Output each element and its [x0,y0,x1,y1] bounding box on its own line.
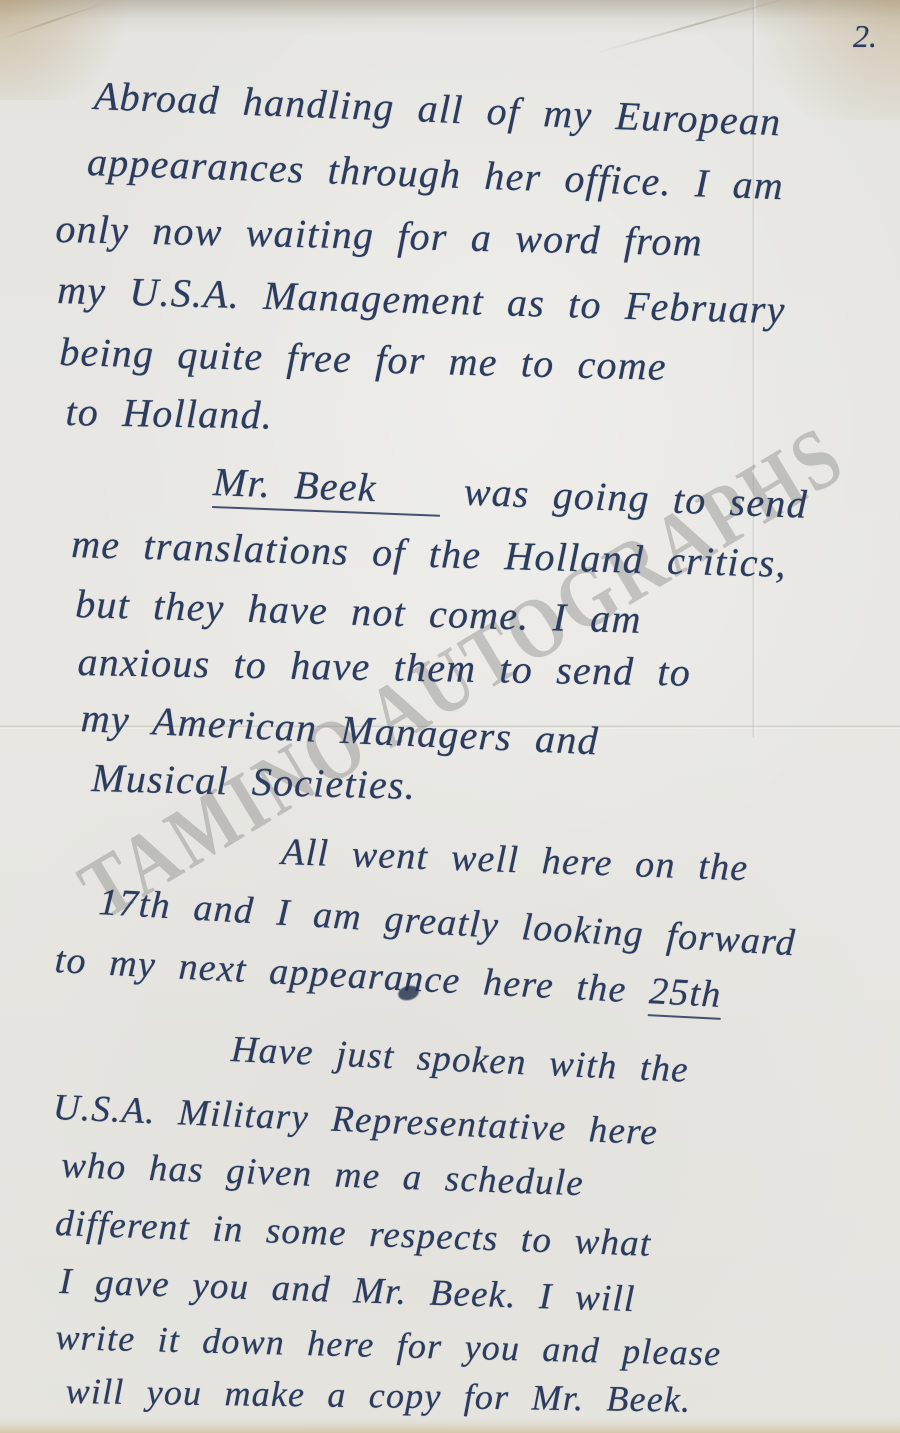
handwritten-line: write it down here for you and please [55,1316,722,1374]
line-text: only now waiting for a word from [55,206,703,265]
line-text: Abroad handling all of my European [93,73,782,144]
line-text: who has given me a schedule [61,1145,585,1204]
handwritten-line: I gave you and Mr. Beek. I will [59,1260,636,1321]
line-text: write it down here for you and please [55,1317,722,1373]
line-text: anxious to have them to send to [77,639,691,695]
handwritten-line: being quite free for me to come [59,328,668,390]
handwritten-line: who has given me a schedule [60,1144,584,1205]
letter-page: TAMINO AUTOGRAPHS 2. Abroad handling all… [0,0,900,1433]
line-text: appearances through her office. I am [86,139,784,208]
handwritten-line: Musical Societies. [91,754,417,809]
line-text: I gave you and Mr. Beek. I will [59,1261,636,1320]
underlined-text: Mr. Beek [212,459,441,517]
handwritten-line: my American Managers and [80,694,600,764]
line-text: U.S.A. Military Representative here [52,1087,659,1153]
handwritten-line: Abroad handling all of my European [93,72,782,145]
handwritten-line: All went well here on the [280,830,749,890]
line-text: All went well here on the [280,831,749,889]
handwritten-line: but they have not come. I am [75,580,643,643]
handwritten-line: only now waiting for a word from [55,205,703,266]
line-text: will you make a copy for Mr. Beek. [65,1371,691,1420]
line-text: Musical Societies. [91,755,417,808]
handwritten-line: appearances through her office. I am [86,138,784,209]
line-text: my American Managers and [80,695,600,763]
handwritten-line: anxious to have them to send to [77,638,691,696]
handwritten-line: will you make a copy for Mr. Beek. [65,1370,691,1421]
handwritten-line: my U.S.A. Management as to February [57,266,787,333]
line-text: me translations of the Holland critics, [71,521,788,586]
handwritten-line: different in some respects to what [54,1202,652,1266]
line-text: different in some respects to what [55,1203,653,1265]
handwritten-line: U.S.A. Military Representative here [52,1086,659,1154]
line-text: my U.S.A. Management as to February [57,267,787,332]
line-text: being quite free for me to come [59,329,668,389]
handwritten-line: Mr. Beek was going to send [212,458,809,528]
page-number: 2. [853,18,877,55]
underlined-text: 25th [648,970,723,1020]
handwritten-line: to Holland. [65,388,273,439]
handwritten-line: Have just spoken with the [230,1028,690,1092]
line-text: but they have not come. I am [75,581,643,642]
line-text: to Holland. [65,389,273,438]
line-text: Have just spoken with the [230,1029,690,1091]
paper-bottom-edge-shading [0,1417,900,1433]
handwritten-line: me translations of the Holland critics, [71,520,788,587]
